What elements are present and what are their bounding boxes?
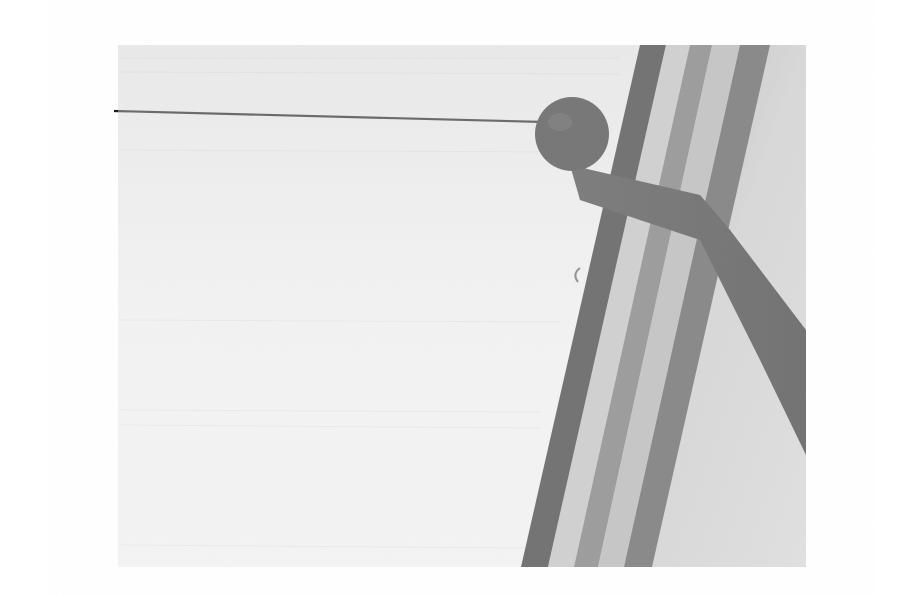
- grain-overlay: [118, 45, 806, 567]
- scanned-photograph: [0, 0, 900, 595]
